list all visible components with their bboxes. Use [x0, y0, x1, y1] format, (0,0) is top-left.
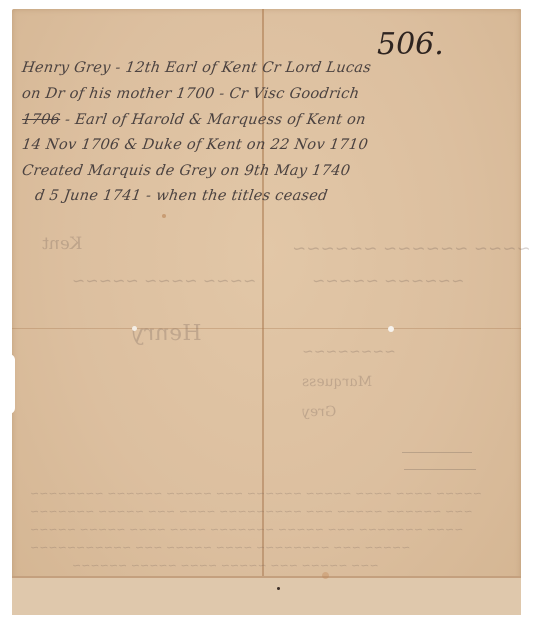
show-through-paragraph: ~~~~ ~~~~~~~ ~~~ ~~~~~ ~~~~~~~ ~~~~ ~~~~…: [29, 523, 465, 536]
text-line-2: on Dr of his mother 1700 - Cr Visc Goodr…: [21, 86, 361, 102]
ink-dot: [277, 587, 280, 590]
show-through-text: ~~~~~~~~: [301, 344, 398, 360]
page-number: 506.: [377, 27, 444, 62]
foxing-spot: [162, 214, 166, 218]
show-through-rule: [402, 452, 472, 453]
pinhole: [388, 326, 394, 332]
text-line-6: d 5 June 1741 - when the titles ceased: [34, 188, 329, 204]
show-through-rule: [404, 469, 476, 470]
show-through-paragraph: ~~~ ~~~~~~ ~~~~~ ~~~ ~~~~~~~~~ ~~~~ ~~~ …: [29, 505, 474, 518]
text-line-3-rest: - Earl of Harold & Marquess of Kent on: [59, 112, 367, 128]
show-through-text: ~~~~ ~~~~ ~~~~~: [70, 271, 258, 290]
show-through-paragraph: ~~~ ~~~~~ ~~~ ~~~~~ ~~~~ ~~~~~ ~~~~~~: [71, 559, 380, 572]
horizontal-fold-crease: [12, 328, 521, 329]
show-through-text: ~~~~~~ ~~~~~: [310, 271, 466, 290]
show-through-paragraph: ~~~~~ ~~~~ ~~~~ ~~~~~ ~~~~~~ ~~~ ~~~~~ ~…: [29, 487, 483, 500]
text-line-5: Created Marquis de Grey on 9th May 1740: [21, 163, 351, 179]
show-through-text: Grey: [301, 404, 338, 420]
show-through-paragraph: ~~~~~ ~~~ ~~~~~~~~ ~~~~ ~~~~~ ~~~ ~~~~~~…: [29, 541, 412, 554]
struck-year: 1706: [21, 112, 61, 128]
foxing-spot: [322, 572, 329, 579]
text-line-1: Henry Grey - 12th Earl of Kent Cr Lord L…: [21, 60, 372, 76]
pinhole: [132, 326, 137, 331]
text-line-4: 14 Nov 1706 & Duke of Kent on 22 Nov 171…: [21, 137, 369, 153]
show-through-text: Henry: [130, 321, 204, 346]
show-through-text: Kent: [40, 234, 84, 254]
bottom-fold-strip: [12, 576, 521, 615]
text-line-3: 1706 - Earl of Harold & Marquess of Kent…: [21, 112, 367, 128]
show-through-text: ~~~~ ~~~~~~ ~~~~~~: [290, 239, 532, 259]
show-through-text: Marquess: [301, 374, 374, 390]
